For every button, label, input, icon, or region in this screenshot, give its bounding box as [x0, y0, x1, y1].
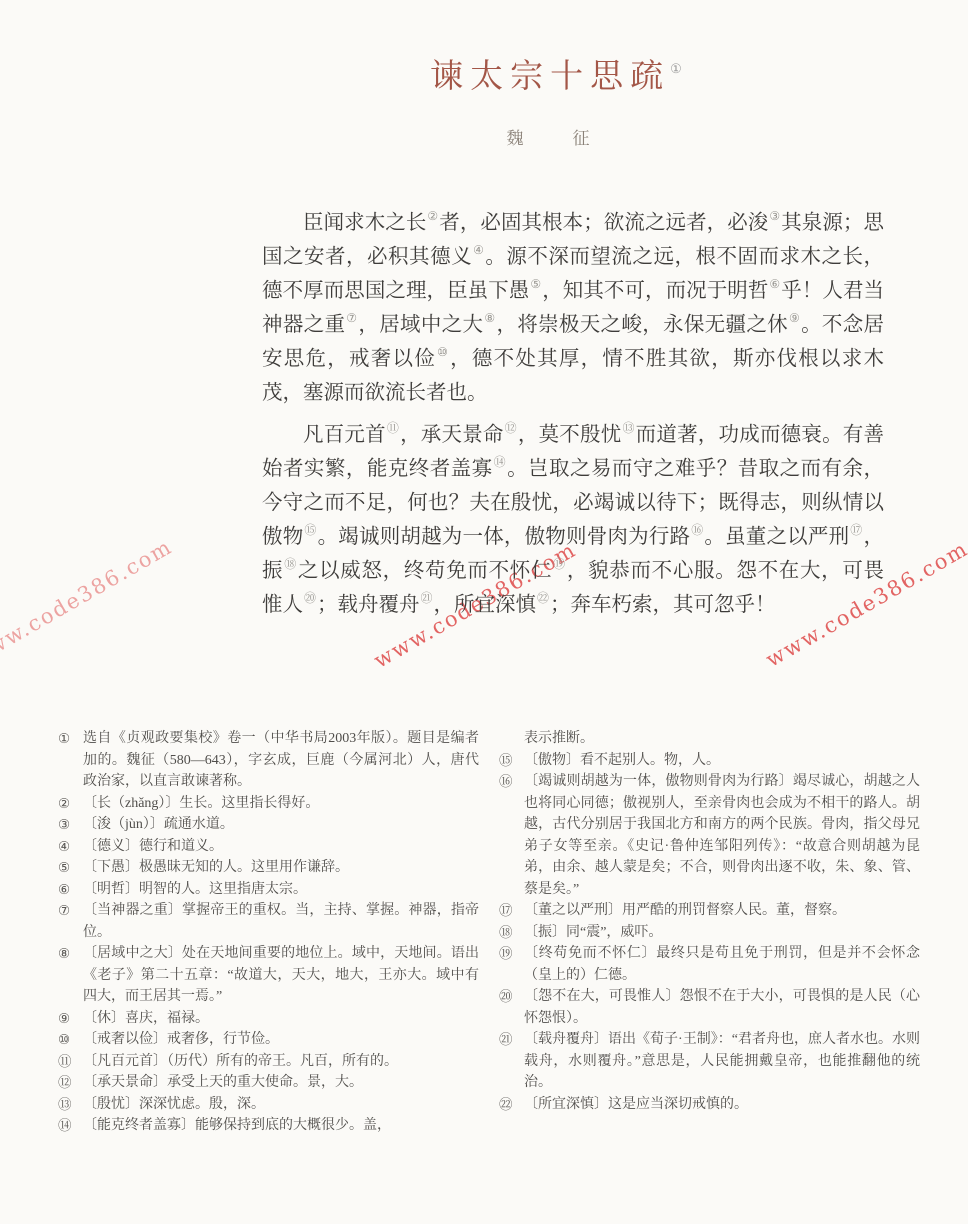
footnote-item: ⑰〔董之以严刑〕用严酷的刑罚督察人民。董，督察。	[499, 900, 920, 922]
footnote-text: 〔德义〕德行和道义。	[83, 839, 223, 854]
footnote-text: 〔所宜深慎〕这是应当深切戒慎的。	[524, 1097, 748, 1112]
note-ref: ⑲	[553, 557, 566, 571]
footnote-number: ⑪	[58, 1051, 72, 1073]
paragraph-2: 凡百元首⑪，承天景命⑫，莫不殷忧⑬而道著，功成而德衰。有善始者实繁，能克终者盖寡…	[262, 418, 884, 622]
footnote-number: ⑨	[58, 1008, 70, 1030]
footnote-text: 〔下愚〕极愚昧无知的人。这里用作谦辞。	[83, 860, 349, 875]
footnote-item: ⑪〔凡百元首〕（历代）所有的帝王。凡百，所有的。	[58, 1051, 479, 1073]
footnote-text: 〔终苟免而不怀仁〕最终只是苟且免于刑罚，但是并不会怀念（皇上的）仁德。	[524, 946, 920, 983]
footnote-item: ⑫〔承天景命〕承受上天的重大使命。景，大。	[58, 1072, 479, 1094]
note-ref: ⑦	[346, 311, 357, 325]
footnote-item: ④〔德义〕德行和道义。	[58, 836, 479, 858]
main-text: 臣闻求木之长②者，必固其根本；欲流之远者，必浚③其泉源；思国之安者，必积其德义④…	[262, 206, 884, 622]
footnote-text: 〔能克终者盖寡〕能够保持到底的大概很少。盖，	[83, 1118, 391, 1133]
footnote-text: 〔浚（jùn）〕疏通水道。	[83, 817, 234, 832]
note-ref: ㉑	[421, 591, 433, 605]
footnote-item: ③〔浚（jùn）〕疏通水道。	[58, 814, 479, 836]
footnote-number: ⑤	[58, 857, 70, 879]
footnote-number: ⑩	[58, 1029, 70, 1051]
footnote-text: 〔怨不在大，可畏惟人〕怨恨不在于大小，可畏惧的是人民（心怀怨恨）。	[524, 989, 920, 1026]
footnotes-section: ①选自《贞观政要集校》卷一（中华书局2003年版）。题目是编者加的。魏征（580…	[58, 728, 920, 1137]
title-block: 谏太宗十思疏①	[176, 50, 936, 97]
note-ref: ⑬	[622, 421, 634, 435]
footnote-item: ㉒〔所宜深慎〕这是应当深切戒慎的。	[499, 1094, 920, 1116]
page-title: 谏太宗十思疏①	[430, 50, 682, 97]
footnote-text: 〔休〕喜庆，福禄。	[83, 1011, 209, 1026]
footnote-item: ⑥〔明哲〕明智的人。这里指唐太宗。	[58, 879, 479, 901]
note-ref: ㉒	[537, 591, 549, 605]
footnote-item: ⑦〔当神器之重〕掌握帝王的重权。当，主持、掌握。神器，指帝位。	[58, 900, 479, 943]
textbook-page: www.code386.com www.code386.com www.code…	[0, 0, 968, 1224]
footnote-text: 〔振〕同“震”，威吓。	[524, 925, 662, 940]
footnote-number: ③	[58, 814, 70, 836]
title-note-ref: ①	[670, 61, 682, 76]
footnote-number: ⑲	[499, 943, 513, 965]
note-ref: ⑫	[505, 421, 517, 435]
footnote-number: ㉑	[499, 1029, 513, 1051]
footnote-number: ⑫	[58, 1072, 72, 1094]
footnote-number: ⑳	[499, 986, 513, 1008]
footnote-text: 〔殷忧〕深深忧虑。殷，深。	[83, 1097, 265, 1112]
footnote-text: 〔当神器之重〕掌握帝王的重权。当，主持、掌握。神器，指帝位。	[83, 903, 479, 940]
note-ref: ⑳	[304, 591, 316, 605]
footnote-item: ⑯〔竭诚则胡越为一体，傲物则骨肉为行路〕竭尽诚心，胡越之人也将同心同德；傲视别人…	[499, 771, 920, 900]
footnote-text: 〔居域中之大〕处在天地间重要的地位上。域中，天地间。语出《老子》第二十五章：“故…	[83, 946, 479, 1004]
footnote-text: 〔戒奢以俭〕戒奢侈，行节俭。	[83, 1032, 279, 1047]
footnote-item: ⑬〔殷忧〕深深忧虑。殷，深。	[58, 1094, 479, 1116]
footnotes-right-column: 表示推断。⑮〔傲物〕看不起别人。物，人。⑯〔竭诚则胡越为一体，傲物则骨肉为行路〕…	[499, 728, 920, 1137]
footnote-item: ⑳〔怨不在大，可畏惟人〕怨恨不在于大小，可畏惧的是人民（心怀怨恨）。	[499, 986, 920, 1029]
footnote-number: ⑱	[499, 922, 513, 944]
footnote-item: ㉑〔载舟覆舟〕语出《荀子·王制》：“君者舟也，庶人者水也。水则载舟，水则覆舟。”…	[499, 1029, 920, 1094]
footnote-number: ⑭	[58, 1115, 72, 1137]
footnote-number: ⑯	[499, 771, 513, 793]
footnote-item: ②〔长（zhǎng）〕生长。这里指长得好。	[58, 793, 479, 815]
footnote-number: ⑮	[499, 750, 513, 772]
footnote-item: 表示推断。	[499, 728, 920, 750]
note-ref: ⑮	[304, 523, 316, 537]
footnote-item: ⑱〔振〕同“震”，威吓。	[499, 922, 920, 944]
footnote-text: 〔傲物〕看不起别人。物，人。	[524, 753, 720, 768]
paragraph-1: 臣闻求木之长②者，必固其根本；欲流之远者，必浚③其泉源；思国之安者，必积其德义④…	[262, 206, 884, 410]
footnote-text: 表示推断。	[524, 731, 594, 746]
footnote-number: ⑬	[58, 1094, 72, 1116]
note-ref: ⑱	[284, 557, 297, 571]
note-ref: ③	[769, 209, 780, 223]
note-ref: ⑯	[691, 523, 703, 537]
note-ref: ②	[427, 209, 438, 223]
note-ref: ⑧	[484, 311, 495, 325]
note-ref: ④	[473, 243, 484, 257]
footnote-number: ⑦	[58, 900, 70, 922]
note-ref: ⑨	[789, 311, 800, 325]
footnote-text: 〔竭诚则胡越为一体，傲物则骨肉为行路〕竭尽诚心，胡越之人也将同心同德；傲视别人，…	[524, 774, 920, 897]
footnote-number: ⑥	[58, 879, 70, 901]
footnote-text: 〔明哲〕明智的人。这里指唐太宗。	[83, 882, 307, 897]
footnote-number: ④	[58, 836, 70, 858]
footnote-number: ①	[58, 728, 70, 750]
watermark-left: www.code386.com	[0, 546, 156, 670]
footnote-number: ⑧	[58, 943, 70, 965]
footnote-text: 〔载舟覆舟〕语出《荀子·王制》：“君者舟也，庶人者水也。水则载舟，水则覆舟。”意…	[524, 1032, 920, 1090]
footnote-text: 〔长（zhǎng）〕生长。这里指长得好。	[83, 796, 319, 811]
footnotes-left-column: ①选自《贞观政要集校》卷一（中华书局2003年版）。题目是编者加的。魏征（580…	[58, 728, 479, 1137]
footnote-item: ⑨〔休〕喜庆，福禄。	[58, 1008, 479, 1030]
footnote-number: ②	[58, 793, 70, 815]
footnote-item: ⑲〔终苟免而不怀仁〕最终只是苟且免于刑罚，但是并不会怀念（皇上的）仁德。	[499, 943, 920, 986]
footnote-number: ㉒	[499, 1094, 513, 1116]
footnote-item: ⑮〔傲物〕看不起别人。物，人。	[499, 750, 920, 772]
footnote-text: 〔凡百元首〕（历代）所有的帝王。凡百，所有的。	[83, 1054, 398, 1069]
note-ref: ⑭	[494, 455, 506, 469]
note-ref: ⑤	[530, 277, 541, 291]
note-ref: ⑩	[437, 345, 449, 359]
author-name: 魏 征	[176, 124, 936, 149]
footnote-text: 选自《贞观政要集校》卷一（中华书局2003年版）。题目是编者加的。魏征（580—…	[83, 731, 479, 789]
footnote-item: ⑭〔能克终者盖寡〕能够保持到底的大概很少。盖，	[58, 1115, 479, 1137]
footnote-item: ①选自《贞观政要集校》卷一（中华书局2003年版）。题目是编者加的。魏征（580…	[58, 728, 479, 793]
note-ref: ⑰	[850, 523, 862, 537]
footnote-item: ⑧〔居域中之大〕处在天地间重要的地位上。域中，天地间。语出《老子》第二十五章：“…	[58, 943, 479, 1008]
footnote-item: ⑤〔下愚〕极愚昧无知的人。这里用作谦辞。	[58, 857, 479, 879]
footnote-text: 〔承天景命〕承受上天的重大使命。景，大。	[83, 1075, 363, 1090]
note-ref: ⑪	[387, 421, 399, 435]
footnote-text: 〔董之以严刑〕用严酷的刑罚督察人民。董，督察。	[524, 903, 846, 918]
note-ref: ⑥	[769, 277, 780, 291]
footnote-number: ⑰	[499, 900, 513, 922]
page-title-text: 谏太宗十思疏	[430, 59, 670, 95]
footnote-item: ⑩〔戒奢以俭〕戒奢侈，行节俭。	[58, 1029, 479, 1051]
